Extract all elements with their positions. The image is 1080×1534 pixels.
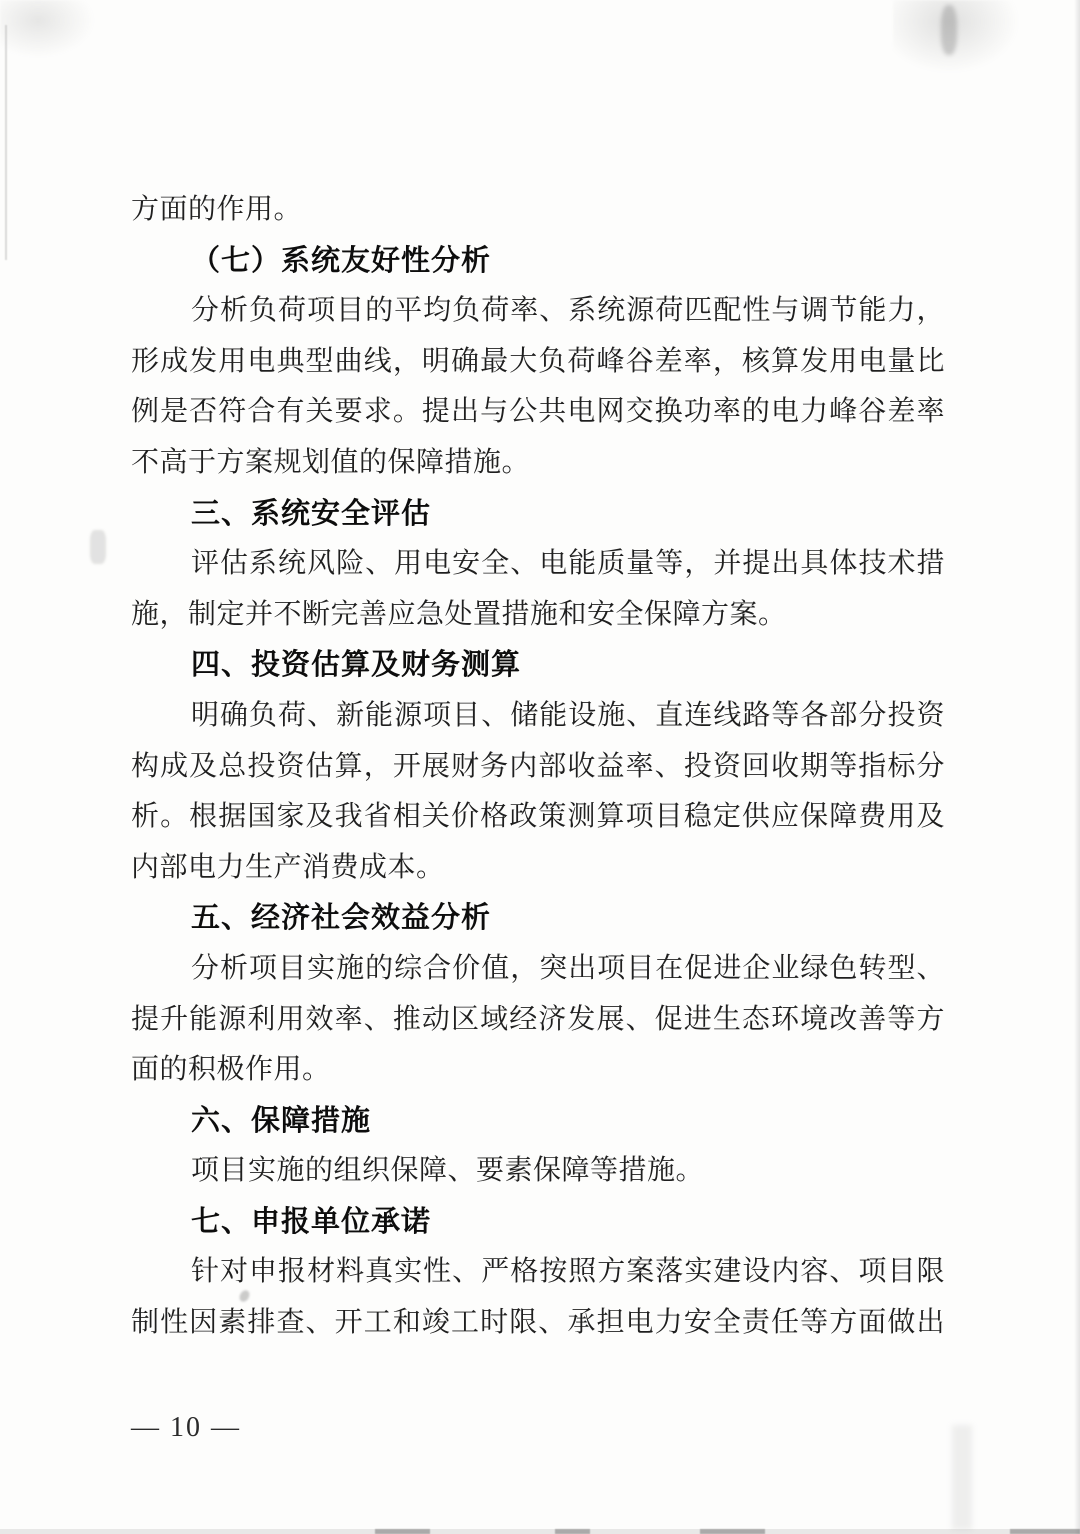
scan-bottom-streak (952, 1425, 972, 1530)
scan-streak-top-right (941, 5, 957, 55)
scan-smudge-top-right (893, 0, 1018, 72)
scan-bottom-mark (375, 1529, 430, 1534)
scan-right-edge-shadow (1074, 0, 1080, 1534)
body-text-line: 方面的作用。 (131, 185, 945, 236)
body-text-line: 构成及总投资估算，开展财务内部收益率、投资回收期等指标分 (131, 742, 945, 793)
body-text-line: 提升能源利用效率、推动区域经济发展、促进生态环境改善等方 (131, 995, 945, 1046)
body-text-line: 项目实施的组织保障、要素保障等措施。 (131, 1146, 945, 1197)
scan-bottom-mark (555, 1529, 590, 1534)
body-text-line: 形成发用电典型曲线，明确最大负荷峰谷差率，核算发用电量比 (131, 337, 945, 388)
body-text-line: 内部电力生产消费成本。 (131, 843, 945, 894)
section-heading-3: 三、系统安全评估 (131, 489, 945, 540)
body-text-line: 分析项目实施的综合价值，突出项目在促进企业绿色转型、 (131, 944, 945, 995)
section-heading-5: 五、经济社会效益分析 (131, 893, 945, 944)
scan-bottom-mark (700, 1529, 765, 1534)
scan-bottom-mark (1010, 1529, 1080, 1534)
body-text-line: 针对申报材料真实性、严格按照方案落实建设内容、项目限 (131, 1247, 945, 1298)
document-body: 方面的作用。 （七）系统友好性分析 分析负荷项目的平均负荷率、系统源荷匹配性与调… (131, 185, 945, 1349)
body-text-line: 例是否符合有关要求。提出与公共电网交换功率的电力峰谷差率 (131, 387, 945, 438)
scan-smudge-top-left (0, 0, 95, 58)
scan-margin-mark (90, 530, 106, 564)
subsection-heading-7: （七）系统友好性分析 (131, 236, 945, 287)
scanned-document-page: 方面的作用。 （七）系统友好性分析 分析负荷项目的平均负荷率、系统源荷匹配性与调… (0, 0, 1080, 1534)
section-heading-7: 七、申报单位承诺 (131, 1197, 945, 1248)
body-text-line: 明确负荷、新能源项目、储能设施、直连线路等各部分投资 (131, 691, 945, 742)
section-heading-6: 六、保障措施 (131, 1096, 945, 1147)
scan-left-edge-line (5, 25, 7, 260)
body-text-line: 析。根据国家及我省相关价格政策测算项目稳定供应保障费用及 (131, 792, 945, 843)
page-number: — 10 — (131, 1412, 241, 1444)
body-text-line: 制性因素排查、开工和竣工时限、承担电力安全责任等方面做出 (131, 1298, 945, 1349)
body-text-line: 施，制定并不断完善应急处置措施和安全保障方案。 (131, 590, 945, 641)
body-text-line: 分析负荷项目的平均负荷率、系统源荷匹配性与调节能力， (131, 286, 945, 337)
scan-bottom-edge-shadow (0, 1529, 1080, 1534)
section-heading-4: 四、投资估算及财务测算 (131, 640, 945, 691)
body-text-line: 评估系统风险、用电安全、电能质量等，并提出具体技术措 (131, 539, 945, 590)
body-text-line: 不高于方案规划值的保障措施。 (131, 438, 945, 489)
body-text-line: 面的积极作用。 (131, 1045, 945, 1096)
